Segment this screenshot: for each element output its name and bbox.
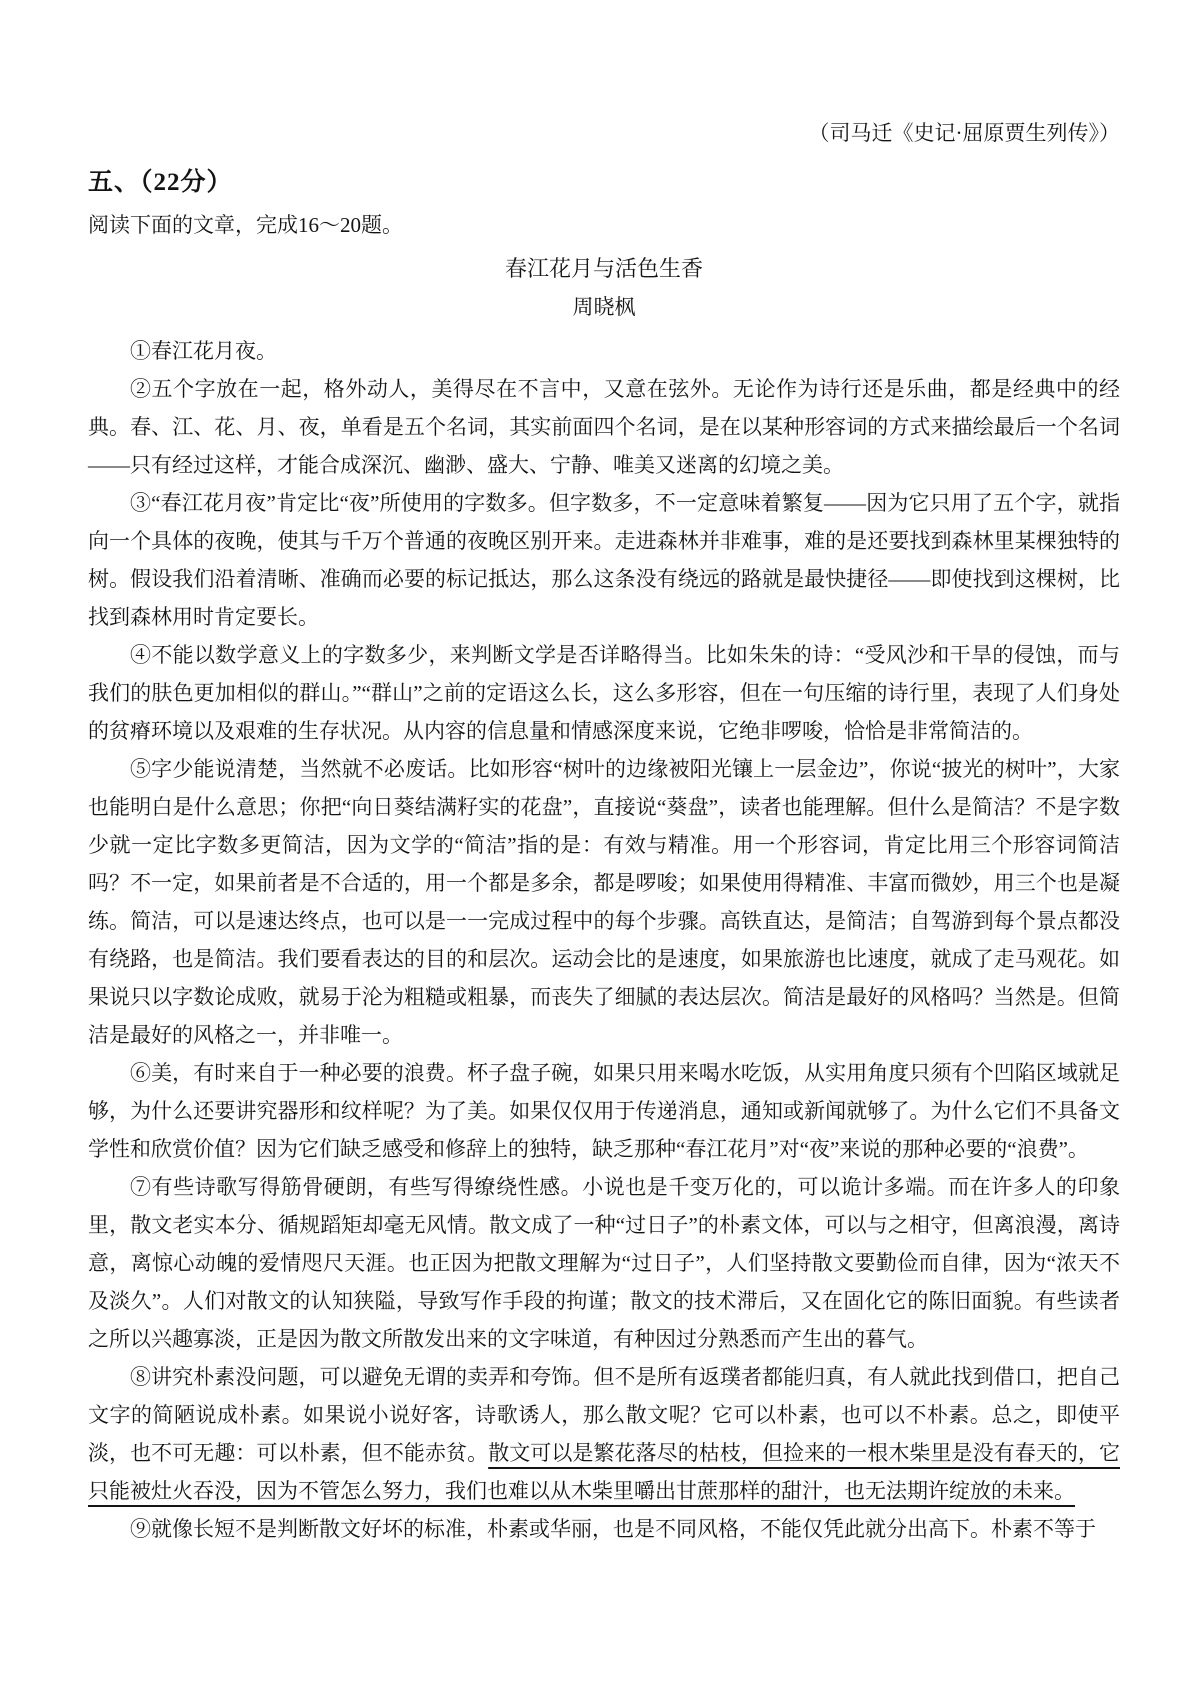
essay-paragraph-2: ②五个字放在一起，格外动人，美得尽在不言中，又意在弦外。无论作为诗行还是乐曲，都…	[88, 370, 1120, 484]
essay-paragraph-4: ④不能以数学意义上的字数多少，来判断文学是否详略得当。比如朱朱的诗：“受风沙和干…	[88, 636, 1120, 750]
essay-author: 周晓枫	[88, 290, 1120, 324]
section-heading: 五、（22分）	[88, 166, 1120, 200]
essay-paragraph-1: ①春江花月夜。	[88, 332, 1120, 370]
essay-paragraph-7: ⑦有些诗歌写得筋骨硬朗，有些写得缭绕性感。小说也是千变万化的，可以诡计多端。而在…	[88, 1168, 1120, 1358]
instruction-line: 阅读下面的文章，完成16～20题。	[88, 210, 1120, 240]
essay-paragraph-8: ⑧讲究朴素没问题，可以避免无谓的卖弄和夸饰。但不是所有返璞者都能归真，有人就此找…	[88, 1358, 1120, 1510]
source-attribution: （司马迁《史记·屈原贾生列传》）	[88, 118, 1120, 148]
essay-title: 春江花月与活色生香	[88, 252, 1120, 286]
document-page: （司马迁《史记·屈原贾生列传》） 五、（22分） 阅读下面的文章，完成16～20…	[0, 0, 1200, 1698]
essay-paragraph-9: ⑨就像长短不是判断散文好坏的标准，朴素或华丽，也是不同风格，不能仅凭此就分出高下…	[88, 1510, 1120, 1548]
essay-paragraph-3: ③“春江花月夜”肯定比“夜”所使用的字数多。但字数多，不一定意味着繁复——因为它…	[88, 484, 1120, 636]
essay-paragraph-5: ⑤字少能说清楚，当然就不必废话。比如形容“树叶的边缘被阳光镶上一层金边”，你说“…	[88, 750, 1120, 1054]
essay-paragraph-6: ⑥美，有时来自于一种必要的浪费。杯子盘子碗，如果只用来喝水吃饭，从实用角度只须有…	[88, 1054, 1120, 1168]
essay-body: ①春江花月夜。 ②五个字放在一起，格外动人，美得尽在不言中，又意在弦外。无论作为…	[88, 332, 1120, 1548]
